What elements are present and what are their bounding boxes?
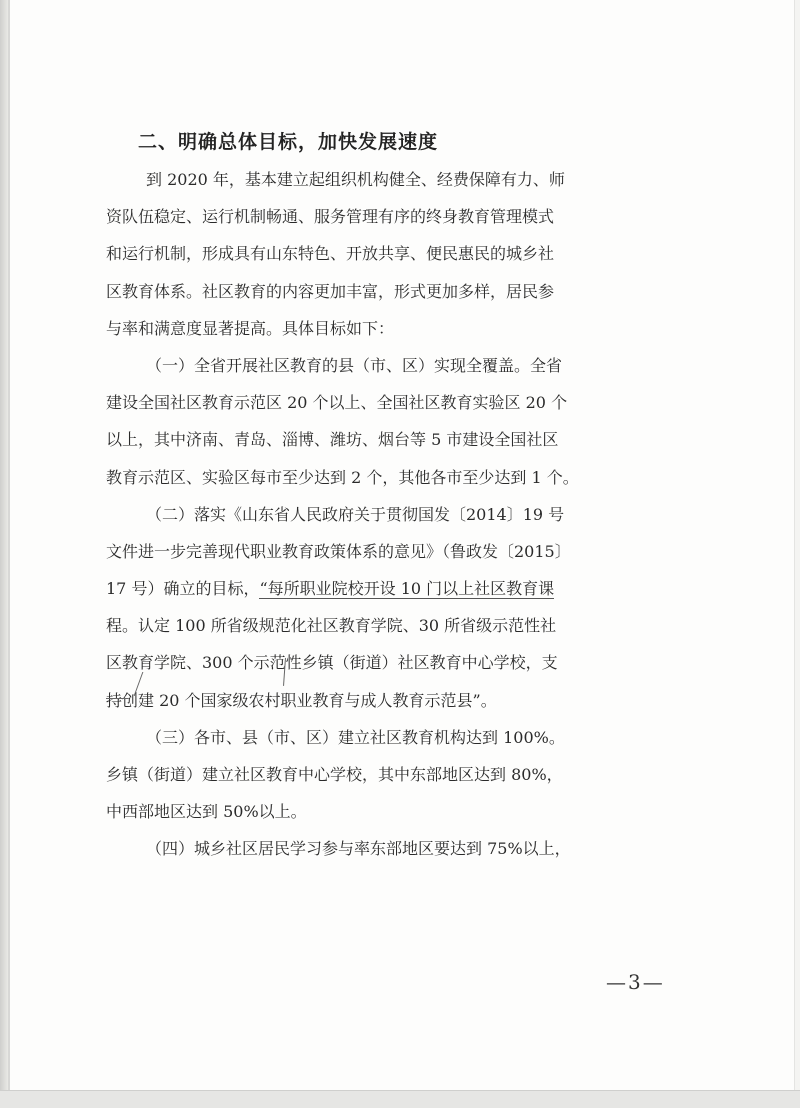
paragraph-goal-2: （二）落实《山东省人民政府关于贯彻国发〔2014〕19 号 文件进一步完善现代职… xyxy=(106,496,678,719)
scan-bottom-edge xyxy=(0,1090,800,1108)
text-segment: 17 号）确立的目标， xyxy=(106,579,259,598)
paragraph-overall-goal: 到 2020 年，基本建立起组织机构健全、经费保障有力、师 资队伍稳定、运行机制… xyxy=(106,161,678,347)
text-line: 建设全国社区教育示范区 20 个以上、全国社区教育实验区 20 个 xyxy=(106,384,678,421)
text-line: 和运行机制，形成具有山东特色、开放共享、便民惠民的城乡社 xyxy=(106,235,678,272)
page-number: —3— xyxy=(606,970,665,994)
section-heading: 二、明确总体目标，加快发展速度 xyxy=(138,124,678,161)
paragraph-goal-1: （一）全省开展社区教育的县（市、区）实现全覆盖。全省 建设全国社区教育示范区 2… xyxy=(106,347,678,496)
text-line: 到 2020 年，基本建立起组织机构健全、经费保障有力、师 xyxy=(106,161,678,198)
handwritten-underlined-quote: “每所职业院校开设 10 门以上社区教育课 xyxy=(259,579,554,599)
text-line: 程。认定 100 所省级规范化社区教育学院、30 所省级示范性社 xyxy=(106,607,678,644)
document-body: 二、明确总体目标，加快发展速度 到 2020 年，基本建立起组织机构健全、经费保… xyxy=(106,124,678,868)
text-line: 资队伍稳定、运行机制畅通、服务管理有序的终身教育管理模式 xyxy=(106,198,678,235)
text-line: 区教育体系。社区教育的内容更加丰富，形式更加多样，居民参 xyxy=(106,273,678,310)
text-line: 文件进一步完善现代职业教育政策体系的意见》（鲁政发〔2015〕 xyxy=(106,533,678,570)
text-line: （四）城乡社区居民学习参与率东部地区要达到 75%以上， xyxy=(106,830,678,867)
text-line: 中西部地区达到 50%以上。 xyxy=(106,793,678,830)
handwritten-underline-mark xyxy=(106,698,128,700)
text-line: （二）落实《山东省人民政府关于贯彻国发〔2014〕19 号 xyxy=(106,496,678,533)
text-line: 以上，其中济南、青岛、淄博、潍坊、烟台等 5 市建设全国社区 xyxy=(106,421,678,458)
text-line: 乡镇（街道）建立社区教育中心学校，其中东部地区达到 80%， xyxy=(106,756,678,793)
paragraph-goal-4: （四）城乡社区居民学习参与率东部地区要达到 75%以上， xyxy=(106,830,678,867)
paragraph-goal-3: （三）各市、县（市、区）建立社区教育机构达到 100%。 乡镇（街道）建立社区教… xyxy=(106,719,678,831)
text-line: （三）各市、县（市、区）建立社区教育机构达到 100%。 xyxy=(106,719,678,756)
text-line: 与率和满意度显著提高。具体目标如下： xyxy=(106,310,678,347)
text-line-with-quote: 17 号）确立的目标，“每所职业院校开设 10 门以上社区教育课 xyxy=(106,570,678,607)
text-line: 区教育学院、300 个示范性乡镇（街道）社区教育中心学校，支 xyxy=(106,644,678,681)
scan-edge-strip xyxy=(0,0,8,1108)
text-line: 持创建 20 个国家级农村职业教育与成人教育示范县”。 xyxy=(106,682,678,719)
text-line: （一）全省开展社区教育的县（市、区）实现全覆盖。全省 xyxy=(106,347,678,384)
text-line: 教育示范区、实验区每市至少达到 2 个，其他各市至少达到 1 个。 xyxy=(106,459,678,496)
